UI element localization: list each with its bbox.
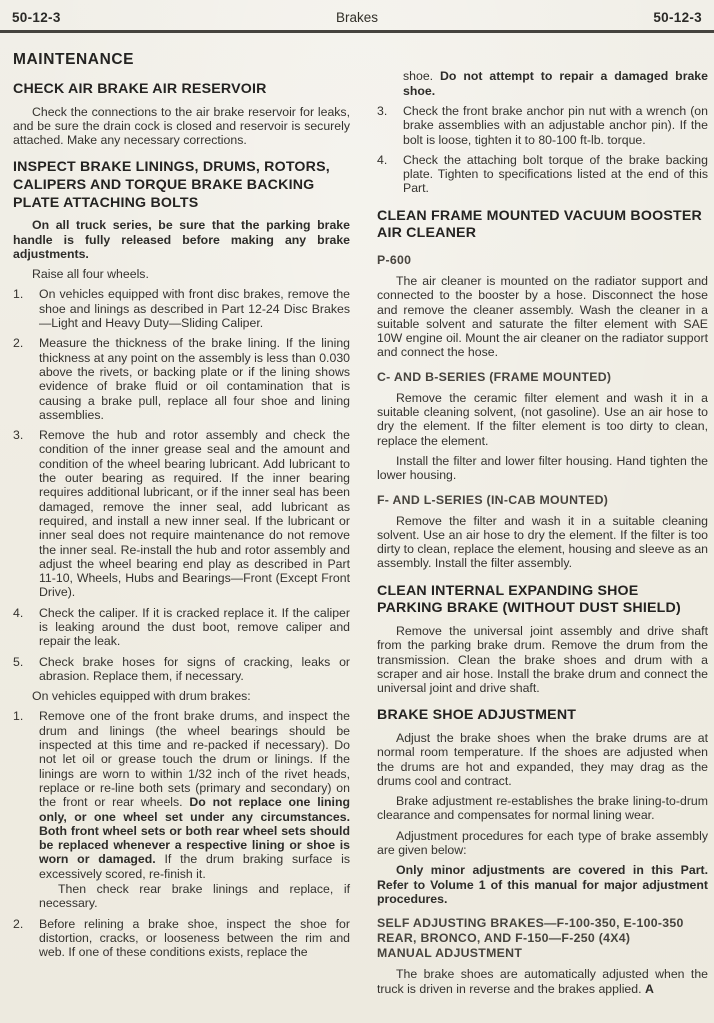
two-column-layout: MAINTENANCE CHECK AIR BRAKE AIR RESERVOI… xyxy=(0,33,714,996)
bold-segment: A xyxy=(645,982,654,996)
list-item-text: Measure the thickness of the brake linin… xyxy=(39,336,350,422)
paragraph-parking-brake-warning: On all truck series, be sure that the pa… xyxy=(13,218,350,261)
paragraph-fl-series: Remove the filter and wash it in a suita… xyxy=(377,514,708,571)
carryover-paragraph: shoe. Do not attempt to repair a damaged… xyxy=(403,69,708,98)
paragraph-drum-brakes-intro: On vehicles equipped with drum brakes: xyxy=(13,689,350,703)
list-number: 2. xyxy=(13,336,39,422)
disc-brake-list-item-4: 4. Check the caliper. If it is cracked r… xyxy=(13,606,350,649)
paragraph-automatic-adjustment: The brake shoes are automatically adjust… xyxy=(377,967,708,996)
section-title-maintenance: MAINTENANCE xyxy=(13,51,350,69)
list-item-text: On vehicles equipped with front disc bra… xyxy=(39,287,350,330)
list-item-text: Check the front brake anchor pin nut wit… xyxy=(403,104,708,147)
list-item-text: Before relining a brake shoe, inspect th… xyxy=(39,917,350,960)
heading-check-air-brake-reservoir: CHECK AIR BRAKE AIR RESERVOIR xyxy=(13,81,350,99)
disc-brake-list-item-2: 2. Measure the thickness of the brake li… xyxy=(13,336,350,422)
page-number-right: 50-12-3 xyxy=(653,10,702,25)
subheading-f-and-l-series: F- AND L-SERIES (IN-CAB MOUNTED) xyxy=(377,493,708,508)
list-item-text: Check the attaching bolt torque of the b… xyxy=(403,153,708,196)
chapter-title: Brakes xyxy=(336,10,378,25)
disc-brake-list-item-1: 1. On vehicles equipped with front disc … xyxy=(13,287,350,330)
text-segment: The brake shoes are automatically adjust… xyxy=(377,967,708,995)
list-item-text: Remove one of the front brake drums, and… xyxy=(39,709,350,910)
paragraph-check-rear-linings: Then check rear brake linings and replac… xyxy=(39,882,350,911)
paragraph-p600-air-cleaner: The air cleaner is mounted on the radiat… xyxy=(377,274,708,360)
paragraph-cb-series-2: Install the filter and lower filter hous… xyxy=(377,454,708,483)
drum-brake-list-item-1: 1. Remove one of the front brake drums, … xyxy=(13,709,350,910)
paragraph-shoe-adjustment-1: Adjust the brake shoes when the brake dr… xyxy=(377,731,708,788)
list-number: 4. xyxy=(377,153,403,196)
heading-clean-vacuum-booster-air-cleaner: CLEAN FRAME MOUNTED VACUUM BOOSTER AIR C… xyxy=(377,208,708,243)
list-number: 1. xyxy=(13,709,39,910)
subheading-self-adjusting-brakes: SELF ADJUSTING BRAKES—F-100-350, E-100-3… xyxy=(377,916,708,961)
drum-brake-list-item-3: 3. Check the front brake anchor pin nut … xyxy=(377,104,708,147)
paragraph-minor-adjustments-warning: Only minor adjustments are covered in th… xyxy=(377,863,708,906)
disc-brake-list-item-5: 5. Check brake hoses for signs of cracki… xyxy=(13,655,350,684)
subheading-line-3: MANUAL ADJUSTMENT xyxy=(377,946,708,961)
paragraph-raise-wheels: Raise all four wheels. xyxy=(13,267,350,281)
subheading-c-and-b-series: C- AND B-SERIES (FRAME MOUNTED) xyxy=(377,370,708,385)
list-item-text: Check the caliper. If it is cracked repl… xyxy=(39,606,350,649)
drum-brake-list-item-2: 2. Before relining a brake shoe, inspect… xyxy=(13,917,350,960)
drum-brake-list-item-4: 4. Check the attaching bolt torque of th… xyxy=(377,153,708,196)
paragraph-cb-series-1: Remove the ceramic filter element and wa… xyxy=(377,391,708,448)
text-segment: shoe. xyxy=(403,69,440,83)
page-number-left: 50-12-3 xyxy=(12,10,61,25)
list-item-text: Check brake hoses for signs of cracking,… xyxy=(39,655,350,684)
subheading-line-1: SELF ADJUSTING BRAKES—F-100-350, E-100-3… xyxy=(377,916,708,931)
manual-page: { "header": { "page_left": "50-12-3", "t… xyxy=(0,0,714,1023)
page-header: 50-12-3 Brakes 50-12-3 xyxy=(0,0,714,33)
paragraph-check-air-reservoir: Check the connections to the air brake r… xyxy=(13,105,350,148)
paragraph-shoe-adjustment-3: Adjustment procedures for each type of b… xyxy=(377,829,708,858)
left-column: MAINTENANCE CHECK AIR BRAKE AIR RESERVOI… xyxy=(13,33,350,996)
bold-warning-segment: Do not attempt to repair a damaged brake… xyxy=(403,69,708,98)
heading-clean-internal-expanding-parking-brake: CLEAN INTERNAL EXPANDING SHOE PARKING BR… xyxy=(377,583,708,618)
paragraph-parking-brake-clean: Remove the universal joint assembly and … xyxy=(377,624,708,695)
heading-brake-shoe-adjustment: BRAKE SHOE ADJUSTMENT xyxy=(377,707,708,725)
list-number: 5. xyxy=(13,655,39,684)
subheading-p600: P-600 xyxy=(377,253,708,268)
subheading-line-2: REAR, BRONCO, AND F-150—F-250 (4X4) xyxy=(377,931,708,946)
list-item-text: Remove the hub and rotor assembly and ch… xyxy=(39,428,350,600)
list-number: 2. xyxy=(13,917,39,960)
heading-inspect-brake-linings: INSPECT BRAKE LININGS, DRUMS, ROTORS, CA… xyxy=(13,159,350,212)
list-number: 4. xyxy=(13,606,39,649)
paragraph-shoe-adjustment-2: Brake adjustment re-establishes the brak… xyxy=(377,794,708,823)
right-column: shoe. Do not attempt to repair a damaged… xyxy=(377,33,708,996)
list-number: 3. xyxy=(13,428,39,600)
disc-brake-list-item-3: 3. Remove the hub and rotor assembly and… xyxy=(13,428,350,600)
list-number: 1. xyxy=(13,287,39,330)
list-number: 3. xyxy=(377,104,403,147)
